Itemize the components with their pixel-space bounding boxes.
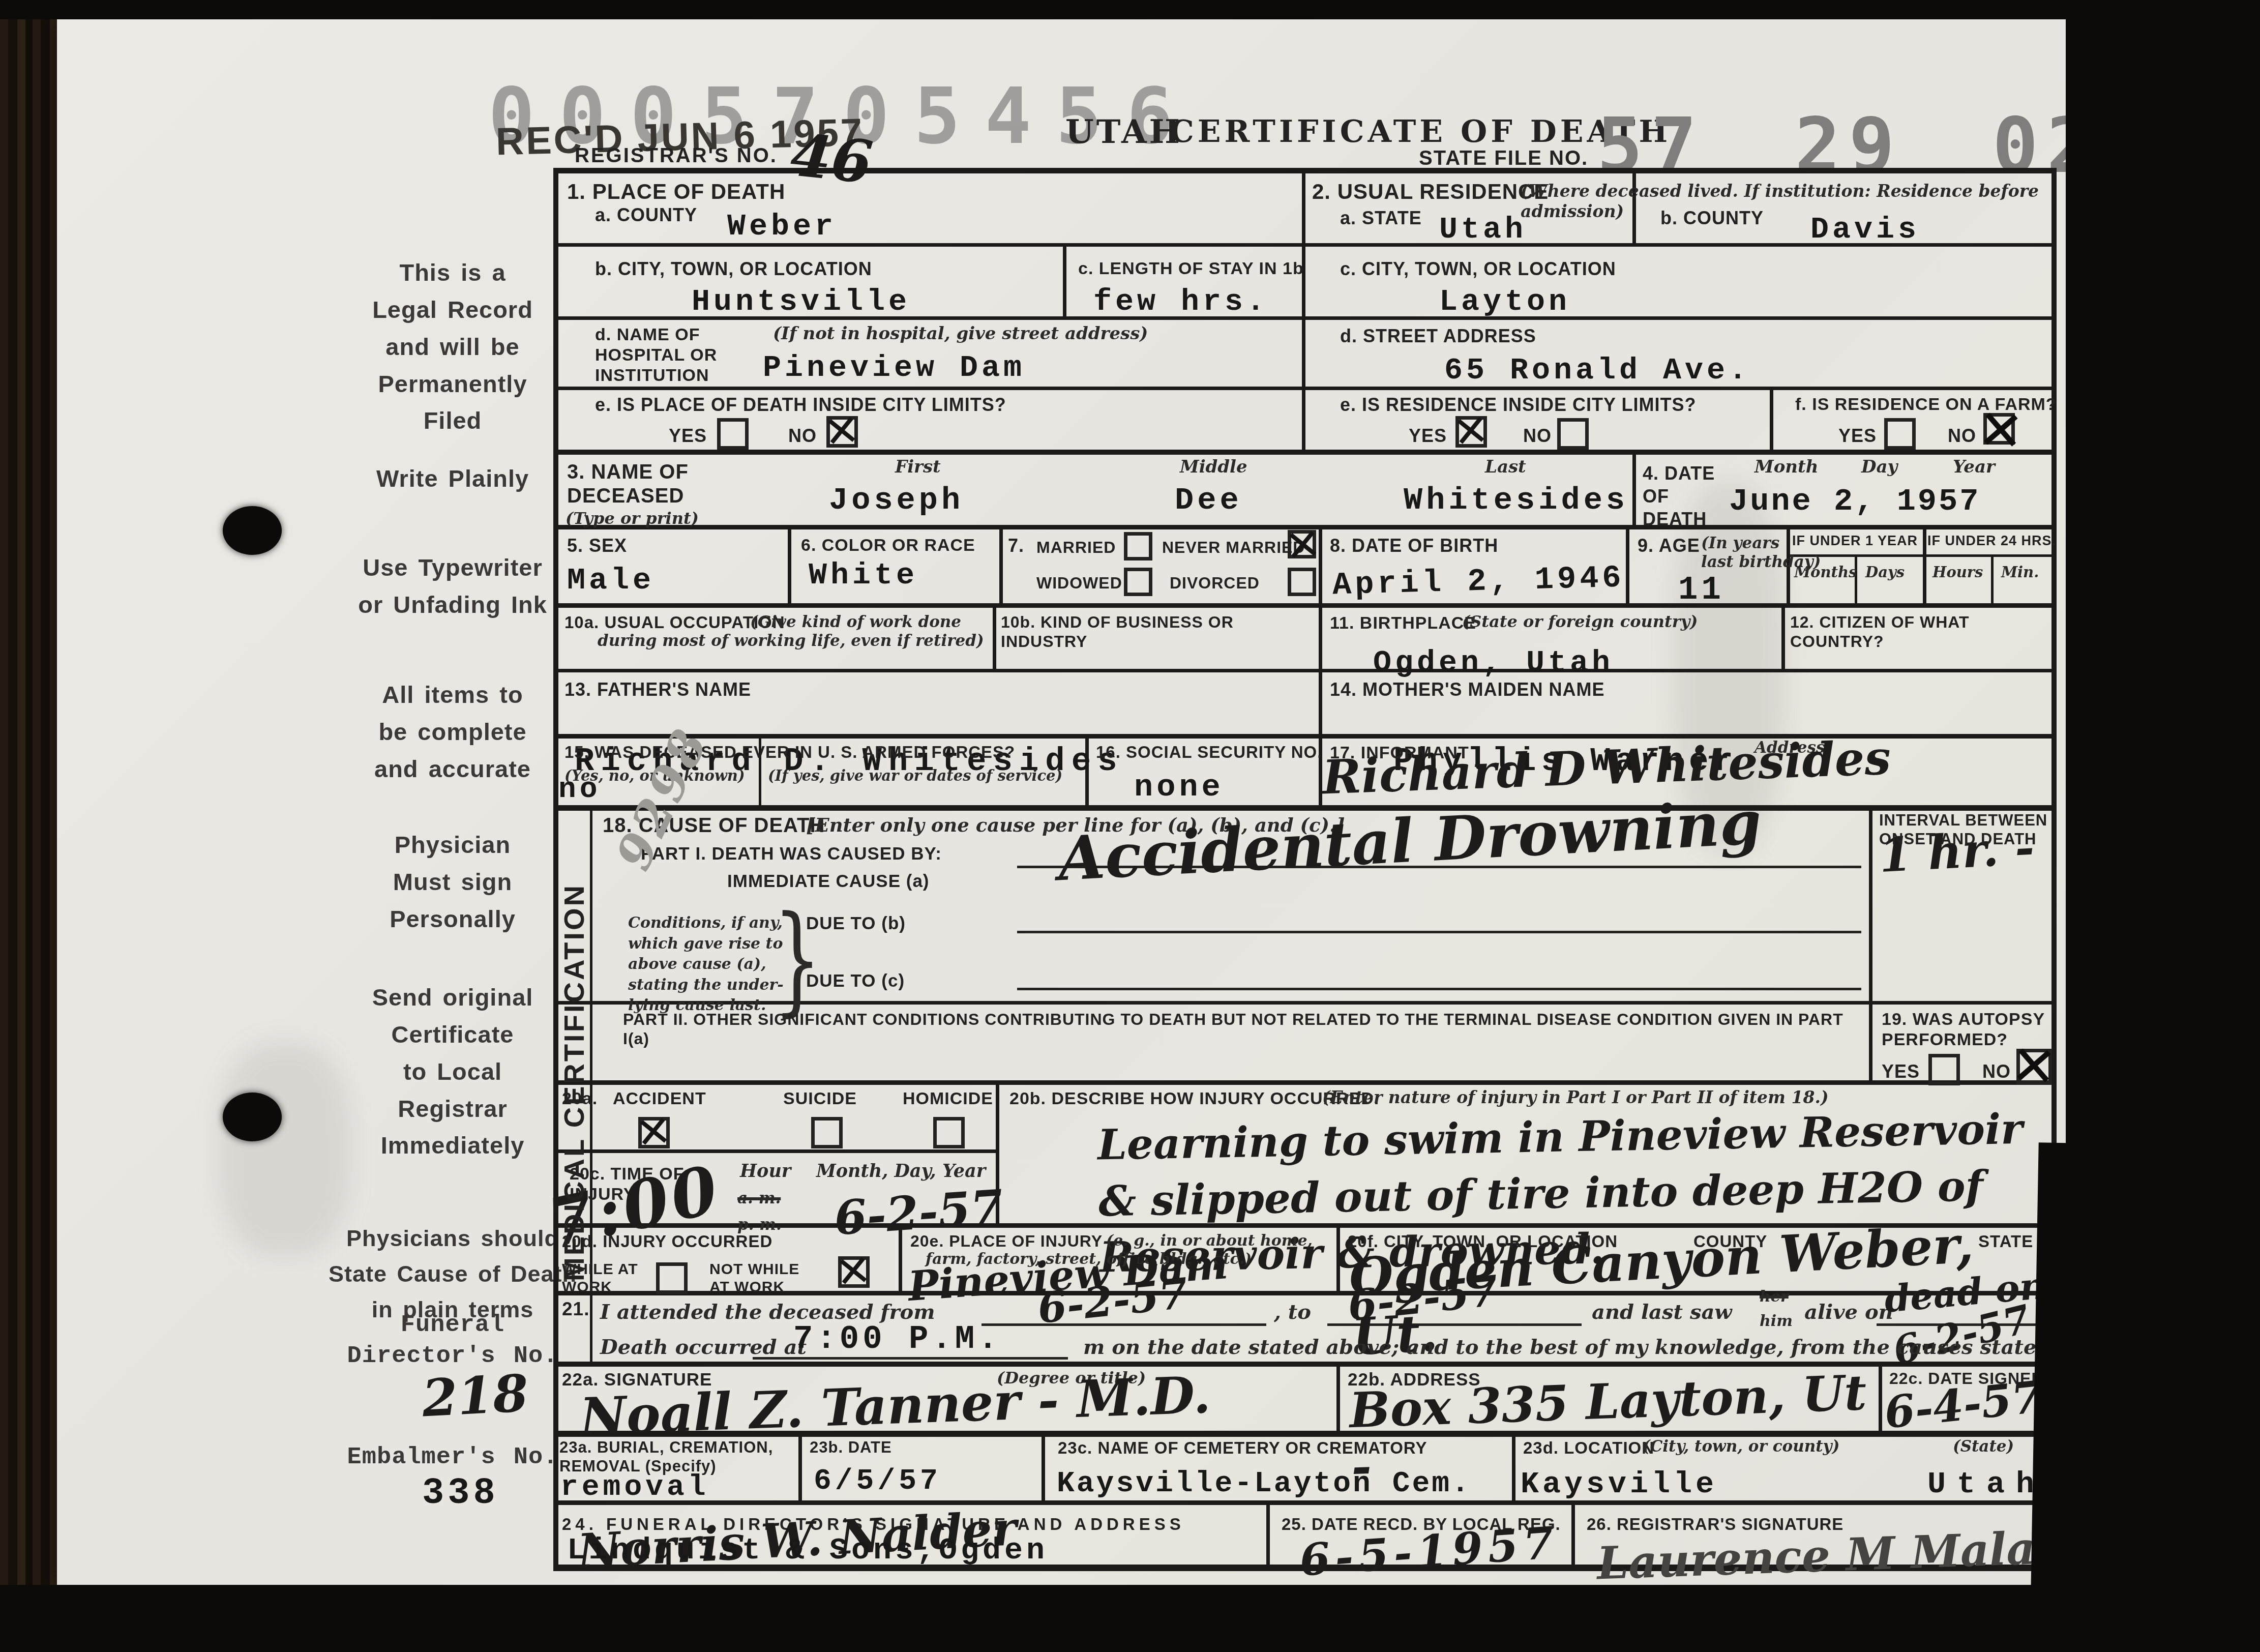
s1a-label: a. COUNTY bbox=[595, 204, 697, 226]
s23d-label: 23d. LOCATION bbox=[1523, 1438, 1654, 1458]
s20a-homicide-checkbox bbox=[933, 1117, 965, 1148]
s20a-homicide-label: HOMICIDE bbox=[903, 1088, 993, 1109]
s23a-value: removal bbox=[560, 1471, 709, 1504]
s21-her-label: her bbox=[1760, 1288, 1789, 1306]
s18-part2-label: PART II. OTHER SIGNIFICANT CONDITIONS CO… bbox=[623, 1010, 1843, 1049]
s20a-suicide-checkbox bbox=[811, 1117, 843, 1148]
s19-no-label: NO bbox=[1982, 1061, 2011, 1082]
s13-label: 13. FATHER'S NAME bbox=[564, 679, 751, 700]
s10a-note: (Give kind of work done during most of w… bbox=[598, 613, 984, 651]
registrar-number-handwritten: 46 bbox=[787, 121, 875, 197]
s20a-accident-checkbox bbox=[638, 1117, 670, 1148]
s20d-notwhile-label: NOT WHILE AT WORK bbox=[709, 1260, 799, 1296]
s5-label: 5. SEX bbox=[567, 535, 627, 556]
s4-year-label: Year bbox=[1953, 457, 1995, 478]
s23d-state-value: Utah bbox=[1927, 1467, 2045, 1502]
s11-note: (State or foreign country) bbox=[1462, 612, 1698, 631]
s23d-state-note: (State) bbox=[1953, 1437, 2014, 1456]
s3-last-label: Last bbox=[1485, 457, 1526, 478]
s23b-date-value: 6/5/57 bbox=[814, 1465, 941, 1498]
s2e-label: e. IS RESIDENCE INSIDE CITY LIMITS? bbox=[1340, 394, 1696, 416]
s7-divorced-checkbox bbox=[1288, 568, 1316, 596]
s1d-note: (If not in hospital, give street address… bbox=[773, 323, 1148, 344]
s21-text4: alive on bbox=[1804, 1300, 1893, 1324]
s21-text1: I attended the deceased from bbox=[600, 1300, 935, 1324]
s2f-yes-checkbox bbox=[1884, 418, 1916, 450]
s9-months-label: Months bbox=[1794, 564, 1857, 581]
s7-never-married-label: NEVER MARRIED bbox=[1162, 538, 1305, 557]
s2e-yes-checkbox bbox=[1455, 416, 1487, 448]
s2-title-note: (Where deceased lived. If institution: R… bbox=[1521, 181, 2049, 221]
s1e-no-checkbox bbox=[826, 416, 858, 448]
s9-days-label: Days bbox=[1865, 564, 1905, 581]
s20a-accident-label: ACCIDENT bbox=[613, 1088, 706, 1109]
s20d-while-checkbox bbox=[656, 1262, 688, 1294]
scan-bottom-edge bbox=[0, 1585, 2260, 1652]
s7-num: 7. bbox=[1008, 535, 1024, 556]
s2e-yes-label: YES bbox=[1409, 425, 1447, 447]
s7-widowed-checkbox bbox=[1124, 568, 1152, 596]
s21-num: 21. bbox=[562, 1298, 589, 1320]
s21-death-time-value: 7:00 P.M. bbox=[793, 1321, 1001, 1358]
s23c-label: 23c. NAME OF CEMETERY OR CREMATORY bbox=[1058, 1438, 1427, 1458]
s18-conditions-note: Conditions, if any, which gave rise to a… bbox=[628, 913, 784, 1016]
s4-label: 4. DATE OF DEATH bbox=[1643, 462, 1715, 530]
scan-right-edge bbox=[2066, 0, 2260, 1652]
s3-middle-value: Dee bbox=[1175, 482, 1242, 518]
s2a-label: a. STATE bbox=[1340, 208, 1422, 229]
s2f-no-label: NO bbox=[1948, 425, 1976, 447]
punch-hole bbox=[223, 1093, 282, 1141]
s12-label: 12. CITIZEN OF WHAT COUNTRY? bbox=[1790, 613, 2044, 652]
s4-day-label: Day bbox=[1861, 457, 1897, 478]
s24-funeral-home-value: Lindquist & Sons,Ogden bbox=[567, 1533, 1048, 1568]
s9-under24-label: IF UNDER 24 HRS. bbox=[1927, 533, 2056, 549]
s3-label-note: (Type or print) bbox=[566, 509, 699, 528]
s23d-note: (City, town, or county) bbox=[1643, 1437, 1839, 1456]
s7-married-label: MARRIED bbox=[1036, 538, 1116, 557]
registrar-no-label: REGISTRAR'S NO. bbox=[575, 144, 778, 168]
s11-label: 11. BIRTHPLACE bbox=[1330, 613, 1476, 633]
s2c-label: c. CITY, TOWN, OR LOCATION bbox=[1340, 258, 1616, 280]
title-state: UTAH bbox=[1065, 113, 1182, 152]
s15-armed-forces-value: no bbox=[558, 773, 601, 806]
medical-certification-strip: MEDICAL CERTIFICATION bbox=[557, 883, 590, 1281]
s14-label: 14. MOTHER'S MAIDEN NAME bbox=[1330, 679, 1605, 700]
margin-note-legal-record: This is a Legal Record and will be Perma… bbox=[285, 254, 620, 439]
s2c-city-value: Layton bbox=[1439, 285, 1570, 319]
s19-yes-label: YES bbox=[1882, 1061, 1920, 1082]
s18-part1-label: PART I. DEATH WAS CAUSED BY: bbox=[641, 843, 942, 864]
s8-label: 8. DATE OF BIRTH bbox=[1330, 535, 1498, 556]
funeral-directors-no-value: 218 bbox=[421, 1363, 530, 1429]
s21-text2: , to bbox=[1274, 1300, 1311, 1324]
s5-sex-value: Male bbox=[567, 564, 655, 598]
s9-label: 9. AGE bbox=[1638, 535, 1700, 556]
s9-min-label: Min. bbox=[2001, 564, 2039, 581]
s20c-mdy-label: Month, Day, Year bbox=[816, 1161, 986, 1182]
s16-label: 16. SOCIAL SECURITY NO. bbox=[1096, 743, 1322, 762]
s3-middle-label: Middle bbox=[1180, 457, 1247, 478]
s9-hours-label: Hours bbox=[1932, 564, 1983, 581]
s1c-label: c. LENGTH OF STAY IN 1b bbox=[1078, 258, 1304, 279]
s1e-no-label: NO bbox=[788, 425, 817, 447]
s2f-no-checkbox bbox=[1983, 413, 2015, 445]
s21-text6: m on the date stated above; and to the b… bbox=[1083, 1335, 2075, 1360]
state-file-label: STATE FILE NO. bbox=[1419, 146, 1588, 170]
s18-due-b-label: DUE TO (b) bbox=[806, 913, 906, 934]
s1-title: 1. PLACE OF DEATH bbox=[567, 179, 785, 204]
s6-race-value: White bbox=[809, 558, 918, 593]
s3-label: 3. NAME OF DECEASED bbox=[567, 460, 689, 508]
s4-month-label: Month bbox=[1755, 457, 1818, 478]
s2d-label: d. STREET ADDRESS bbox=[1340, 326, 1536, 347]
s1d-label: d. NAME OF HOSPITAL OR INSTITUTION bbox=[595, 324, 717, 386]
s20c-am-label: a. m. bbox=[737, 1189, 781, 1208]
s23d-location-value: Kaysville bbox=[1521, 1467, 1717, 1502]
s1e-yes-checkbox bbox=[717, 418, 749, 450]
page-title: CERTIFICATE OF DEATH bbox=[1170, 114, 1671, 150]
s21-text5: Death occurred at bbox=[600, 1335, 807, 1360]
s16-ssn-value: none bbox=[1134, 769, 1224, 805]
s4-date-of-death-value: June 2, 1957 bbox=[1729, 483, 1980, 519]
s1e-label: e. IS PLACE OF DEATH INSIDE CITY LIMITS? bbox=[595, 394, 1006, 416]
s1a-county-value: Weber bbox=[727, 210, 837, 244]
s7-widowed-label: WIDOWED bbox=[1036, 574, 1122, 593]
s1b-label: b. CITY, TOWN, OR LOCATION bbox=[595, 258, 872, 280]
s11-birthplace-value: Ogden, Utah bbox=[1373, 646, 1614, 681]
s19-yes-checkbox bbox=[1928, 1054, 1960, 1085]
s3-first-label: First bbox=[895, 457, 941, 478]
s2b-county-value: Davis bbox=[1810, 213, 1920, 247]
scanned-death-certificate: 0005705456 REC'D JUN 6 1957 46 REGISTRAR… bbox=[0, 0, 2260, 1652]
s20d-notwhile-checkbox bbox=[838, 1256, 870, 1288]
s1c-stay-value: few hrs. bbox=[1093, 285, 1268, 319]
s7-divorced-label: DIVORCED bbox=[1170, 574, 1260, 593]
punch-hole bbox=[223, 506, 282, 555]
s1d-hospital-value: Pineview Dam bbox=[763, 351, 1025, 386]
s7-never-married-checkbox bbox=[1288, 530, 1316, 558]
s18-immediate-cause-label: IMMEDIATE CAUSE (a) bbox=[727, 871, 930, 892]
scanner-bed-edge bbox=[0, 0, 59, 1652]
s6-label: 6. COLOR OR RACE bbox=[801, 535, 975, 555]
s3-first-value: Joseph bbox=[829, 482, 964, 518]
s7-married-checkbox bbox=[1124, 532, 1152, 560]
s19-no-checkbox bbox=[2016, 1049, 2052, 1084]
s23a-label: 23a. BURIAL, CREMATION, REMOVAL (Specify… bbox=[559, 1438, 773, 1476]
s23b-label: 23b. DATE bbox=[810, 1438, 892, 1457]
s2f-yes-label: YES bbox=[1838, 425, 1877, 447]
s9-age-value: 11 bbox=[1678, 572, 1724, 609]
s15-label: 15. WAS DECEASED EVER IN U. S. ARMED FOR… bbox=[564, 743, 1015, 762]
s20c-hour-label: Hour bbox=[740, 1161, 791, 1182]
s2d-street-value: 65 Ronald Ave. bbox=[1444, 353, 1750, 388]
s1b-city-value: Huntsville bbox=[692, 285, 910, 319]
s18-brace: } bbox=[773, 891, 821, 1028]
s2a-state-value: Utah bbox=[1439, 213, 1527, 247]
s2e-no-checkbox bbox=[1557, 418, 1589, 450]
s15-note2: (If yes, give war or dates of service) bbox=[768, 767, 1073, 785]
s18-due-c-label: DUE TO (c) bbox=[806, 970, 905, 991]
s2-title: 2. USUAL RESIDENCE bbox=[1312, 179, 1549, 204]
s20b-note: (Enter nature of injury in Part I or Par… bbox=[1322, 1087, 1829, 1108]
s21-him-label: him bbox=[1760, 1312, 1793, 1331]
s9-under1-label: IF UNDER 1 YEAR bbox=[1792, 533, 1918, 549]
s1e-yes-label: YES bbox=[669, 425, 707, 447]
s21-text3: and last saw bbox=[1592, 1300, 1732, 1324]
s2b-label: b. COUNTY bbox=[1660, 208, 1764, 229]
scan-top-edge bbox=[0, 0, 2260, 19]
s3-last-value: Whitesides bbox=[1404, 482, 1628, 518]
s20d-label: 20d. INJURY OCCURRED bbox=[562, 1232, 772, 1252]
s2e-no-label: NO bbox=[1523, 425, 1552, 447]
s20a-suicide-label: SUICIDE bbox=[783, 1088, 857, 1109]
embalmers-no-value: 338 bbox=[422, 1472, 499, 1514]
s10b-label: 10b. KIND OF BUSINESS OR INDUSTRY bbox=[1001, 613, 1306, 652]
s18-interval-label: INTERVAL BETWEEN ONSET AND DEATH bbox=[1879, 811, 2047, 848]
s8-birth-date-value: April 2, 1946 bbox=[1332, 559, 1625, 603]
